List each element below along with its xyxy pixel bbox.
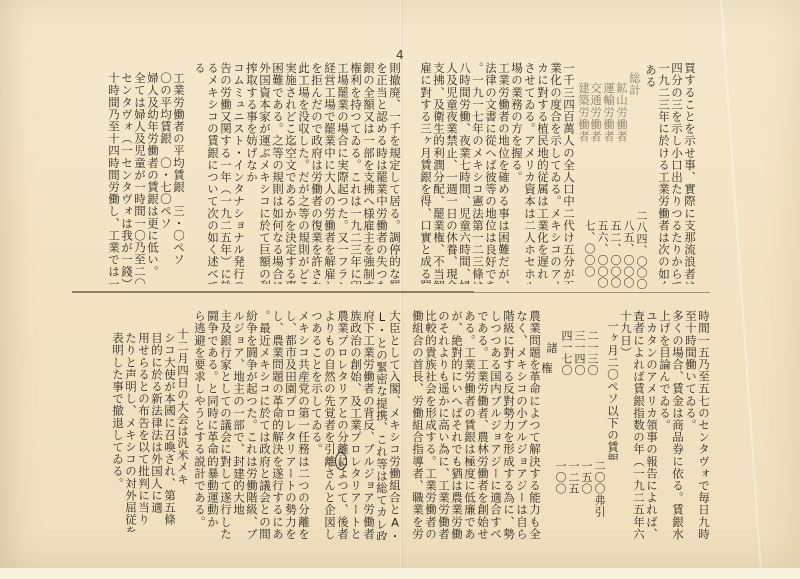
- top-text-column: を拒んだので政府は労働者の復業を許さない: [310, 62, 323, 284]
- bottom-text-column: 農業問題を革命によつて解決する能力も全く: [528, 310, 541, 540]
- page-number: 4: [396, 48, 404, 62]
- bottom-text-column: のそれよりも遥かに高い為に、工業労働者は: [437, 310, 450, 540]
- top-text-column: 実施されどこ迄空文であるかを決定する事は: [284, 62, 297, 284]
- bottom-text-column: ユカタンのアメリカ領事の報告によれば、調: [645, 310, 658, 540]
- bottom-text-column: 十二月四日の大会は汎米メキ: [176, 328, 189, 528]
- wage-value: 一五〇: [580, 460, 593, 530]
- top-text-column: 十時間乃至十四時間労働し、工業では一: [107, 72, 120, 284]
- circled-annotation: 工業: [335, 452, 347, 470]
- bottom-text-column: 至十時間働いてゐる。: [684, 310, 697, 430]
- top-text-column: 買することを示せ事、實際に支那流浪者は共の: [683, 62, 696, 284]
- bottom-text-column: 府下工業労働者の背反、ブルジョア労働者貴: [362, 310, 375, 540]
- top-text-column: センタヴォ（一センタヴォは我が一錢）で: [120, 72, 133, 284]
- top-text-column: 全ては婦人及児童が一時間一〇乃至二〇: [133, 72, 146, 284]
- top-text-column: る: [193, 62, 206, 82]
- top-text-column: 総計: [628, 72, 641, 112]
- bottom-text-column: 。最近メキシコに於ては政府と議会との間に: [258, 310, 271, 540]
- top-text-column: 八時間労働、夜業七時間、児童六時間、婦: [458, 62, 471, 284]
- bottom-text-column: たりと声明し、メキシコの対外屈従を: [124, 332, 137, 532]
- top-text-column: 業化の度合を示してゐる。メキシコのアメリ: [549, 62, 562, 284]
- top-text-column: 支拂、及衛生的利潤分配、罷業権、不当解: [432, 62, 445, 284]
- top-text-column: 経営工場で罷業中に大人の労働者を解雇し、使用: [323, 62, 336, 284]
- bottom-text-column: 時間一五乃至五七のセンタヴォで毎日九時間乃: [697, 310, 710, 540]
- top-text-column: 法律の文書に從へば彼等の地位は良好である: [484, 62, 497, 284]
- bottom-text-column: ある。工業労働者の賃銀は極度に低廉である: [463, 310, 476, 540]
- bottom-text-column: 一ヶ月二〇ペソ以下の賃銀: [606, 320, 619, 460]
- wage-value: 二〇〇弗引: [593, 460, 606, 530]
- top-text-column: 工場罷業の場合に実際起つた。又一フランス人: [336, 62, 349, 284]
- bottom-text-column: ら逃避を要求しやうとする説計である。: [193, 310, 206, 540]
- bottom-text-column: 比較的貴族社会を形成する。工業労働者の労: [424, 310, 437, 540]
- top-text-column: ある: [644, 64, 657, 94]
- bottom-text-column: し、都市及田園プロレタリアートの勢力を結合: [284, 310, 297, 540]
- wage-value: 一二五: [567, 460, 580, 530]
- top-text-column: 権利を持つてゐる。これは一九二三年に印刷: [349, 62, 362, 284]
- bottom-text-column: ルジョア、地主の一部で、封建的大地: [232, 310, 245, 540]
- scan-margin: [0, 568, 800, 579]
- bottom-text-column: し、農業問題の革命的解決を遂行するにある: [271, 310, 284, 540]
- bottom-text-column: つあることを示してゐる。: [310, 310, 323, 480]
- bottom-text-column: なく、メキシコの小ブルジョアジーは自ら: [515, 310, 528, 540]
- top-text-column: 困難である。之等の規則は如何なる場合にも: [271, 62, 284, 284]
- bottom-text-column: 紛争を闘争が起つた。これは労働階級、ブ: [245, 310, 258, 540]
- top-text-column: 場の業務の方を握る。: [510, 62, 523, 182]
- bottom-text-column: しつつある国内ブルジョアジーに適合すべき: [489, 310, 502, 540]
- top-text-column: させてゐる。アメリカ資本は二人ホセホルンエ: [523, 62, 536, 284]
- bottom-text-column: メキシコ共産党の第一任務は二つの分離を阻止: [297, 310, 310, 540]
- top-text-column: を正当と認める時は罷業中労働者の失つた賃: [375, 62, 388, 284]
- top-text-column: 一九二三年に於ける工業労働者は次の如くで: [657, 62, 670, 284]
- top-text-column: 運輸労働者: [602, 82, 615, 142]
- bottom-text-column: 主及銀行家としての議会に對して遂行した: [219, 310, 232, 540]
- bottom-text-column: L・との緊密な提携、これ等は総てカレ政: [375, 310, 388, 540]
- bottom-text-column: 上げを目論んでゐる。: [658, 310, 671, 430]
- top-text-column: 則撤廃、一千を規定して居る。調停的な罷業: [388, 62, 401, 284]
- top-text-column: 雇に對する三ヶ月賃銀を得、口實と成る罰: [419, 62, 432, 284]
- bottom-text-column: 十九日）: [619, 310, 632, 360]
- top-text-column: 婦人及幼年労働者の賃銀は更に低い。: [146, 72, 159, 284]
- bottom-text-column: シコ大使が本國に召喚され、第五條: [163, 332, 176, 532]
- bottom-text-column: 働組合の首長、労働組合指導者、職業を労働: [411, 310, 424, 540]
- top-text-column: 告の労働又関する一年（一九二五年）に於け: [219, 62, 232, 284]
- top-text-column: 搾取する事を妨げなかつた。: [245, 62, 258, 182]
- top-text-column: 此工場を没収した。だが之等の規則がどこまで: [297, 62, 310, 284]
- bottom-text-column: 目的に於る新法律法は外国人に適: [150, 332, 163, 532]
- statistics-value: 五二、〇〇〇: [609, 220, 622, 290]
- bottom-text-column: 階級に對する反對勢力を形成する為に、勢現: [502, 310, 515, 540]
- bottom-text-column: 三一四〇: [573, 330, 586, 390]
- bottom-text-column: 査者によれば賃銀指数の年（一九二五年六月: [632, 310, 645, 540]
- bottom-text-column: 多くの場合、賃金は商品券に依る。賃銀水準の引: [671, 310, 684, 540]
- top-text-column: 銀の全額又は一部を支拂へ様雇主を強制する: [362, 62, 375, 284]
- bottom-text-column: 二一三〇: [586, 330, 599, 390]
- bottom-text-column: 族政治の創始、及工業プロレタリアートと: [349, 310, 362, 540]
- statistics-value: 八五、〇〇〇: [622, 220, 635, 290]
- statistics-value: 五六、〇〇〇: [596, 220, 609, 290]
- wage-value: 一〇〇: [554, 460, 567, 530]
- top-text-column: るメキシコの賃銀について次の如く述べてゐ: [206, 62, 219, 284]
- top-text-column: 四分の三を示し小口出たりつるたりからである。: [670, 62, 683, 284]
- bottom-text-column: 大臣として入閣、メキシコ労働組合とA・F: [388, 310, 401, 540]
- bottom-text-column: 表明した事で撤退してゐる。: [111, 332, 124, 532]
- top-text-column: 一千三四百萬人の全人口中二代け五分が五百万工: [562, 62, 575, 284]
- top-text-column: 人及児童夜業禁止、一週一日の休養、現金: [445, 62, 458, 284]
- section-divider: [72, 291, 474, 293]
- bottom-text-column: よりもの自然の先覚者を引離さんと企図しつ: [323, 310, 336, 540]
- bottom-text-column: が、絶對的にいへばそれでも猶は農業労働者: [450, 310, 463, 540]
- top-text-column: 工業労働者の平均賃銀 三・〇ペソ: [172, 72, 185, 284]
- bottom-text-column: である。工業労働者、農林労働者を創始せんと試みつつ: [476, 310, 489, 540]
- top-text-column: カに對する植民地的従属は工業化を遅れ: [536, 62, 549, 284]
- statistics-value: 七、〇〇〇: [583, 220, 596, 290]
- top-text-column: 。一九一七年のメキシコ憲法第一二三條は: [471, 62, 484, 284]
- top-text-column: 鉱山労働者: [615, 82, 628, 142]
- top-text-column: 建築労働者: [577, 82, 590, 142]
- section-divider-right: [474, 292, 710, 293]
- top-text-column: 交通労働者: [589, 82, 602, 142]
- bottom-text-column: 農業プロレタリアとの分離によつて、後者: [336, 310, 349, 540]
- bottom-text-column: 諸: [545, 342, 558, 362]
- top-text-column: 工業労働者の地位を確める事は困難だが、: [497, 62, 510, 284]
- bottom-text-column: 闘争である。と同時に革命的暴動運動か: [206, 310, 219, 540]
- top-text-column: 外国資本家が運ぶメキシコに於て巨額の利潤を: [258, 62, 271, 284]
- bottom-text-column: 四一七〇: [560, 330, 573, 390]
- statistics-value: 二八四、〇〇〇: [635, 210, 648, 280]
- bottom-text-column: 権: [540, 362, 553, 382]
- top-text-column: 〇の平均賃銀 〇・七〇ペソ: [159, 72, 172, 284]
- top-text-column: コムミュニスト・インタナショナル発行の報: [232, 62, 245, 284]
- bottom-text-column: 用せらるとの布告を以て批判に当り: [137, 332, 150, 532]
